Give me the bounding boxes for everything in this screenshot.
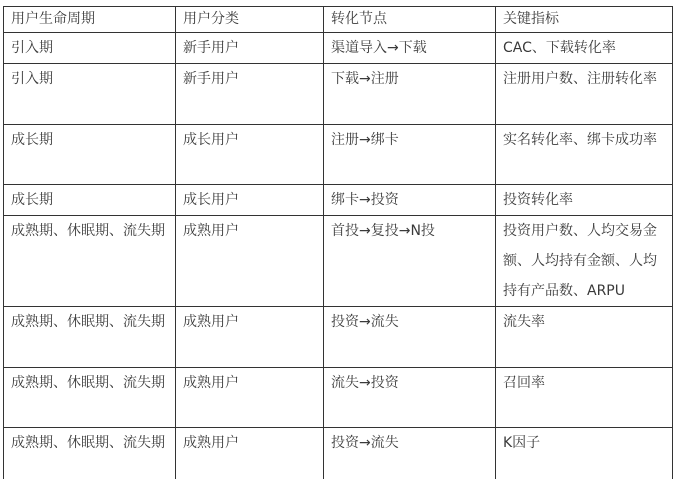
table-row: 成熟期、休眠期、流失期 成熟用户 投资→流失 流失率 [4,307,673,368]
header-cell-conversion-node: 转化节点 [324,7,496,33]
cell-lifecycle: 成熟期、休眠期、流失期 [4,428,176,479]
cell-user-type: 成熟用户 [176,368,324,428]
cell-lifecycle: 成长期 [4,125,176,185]
cell-user-type: 成长用户 [176,125,324,185]
cell-conversion-node: 绑卡→投资 [324,185,496,216]
cell-key-metrics: CAC、下载转化率 [496,33,673,64]
cell-conversion-node: 投资→流失 [324,307,496,368]
cell-key-metrics: K因子 [496,428,673,479]
cell-user-type: 成熟用户 [176,428,324,479]
cell-lifecycle: 引入期 [4,64,176,125]
cell-key-metrics: 投资转化率 [496,185,673,216]
cell-conversion-node: 投资→流失 [324,428,496,479]
cell-user-type: 成熟用户 [176,216,324,307]
cell-conversion-node: 首投→复投→N投 [324,216,496,307]
cell-conversion-node: 注册→绑卡 [324,125,496,185]
cell-key-metrics: 流失率 [496,307,673,368]
table-row: 成长期 成长用户 注册→绑卡 实名转化率、绑卡成功率 [4,125,673,185]
cell-user-type: 新手用户 [176,33,324,64]
cell-lifecycle: 成熟期、休眠期、流失期 [4,216,176,307]
header-cell-user-type: 用户分类 [176,7,324,33]
user-lifecycle-metrics-table: 用户生命周期 用户分类 转化节点 关键指标 引入期 新手用户 渠道导入→下载 C… [3,6,673,479]
table-row: 引入期 新手用户 渠道导入→下载 CAC、下载转化率 [4,33,673,64]
header-cell-key-metrics: 关键指标 [496,7,673,33]
table-row: 成熟期、休眠期、流失期 成熟用户 投资→流失 K因子 [4,428,673,479]
table-row: 引入期 新手用户 下载→注册 注册用户数、注册转化率 [4,64,673,125]
cell-user-type: 成熟用户 [176,307,324,368]
cell-conversion-node: 流失→投资 [324,368,496,428]
cell-lifecycle: 成熟期、休眠期、流失期 [4,307,176,368]
table-header-row: 用户生命周期 用户分类 转化节点 关键指标 [4,7,673,33]
cell-key-metrics: 投资用户数、人均交易金额、人均持有金额、人均持有产品数、ARPU [496,216,673,307]
cell-lifecycle: 引入期 [4,33,176,64]
cell-user-type: 成长用户 [176,185,324,216]
cell-lifecycle: 成熟期、休眠期、流失期 [4,368,176,428]
table-row: 成熟期、休眠期、流失期 成熟用户 流失→投资 召回率 [4,368,673,428]
cell-conversion-node: 渠道导入→下载 [324,33,496,64]
cell-conversion-node: 下载→注册 [324,64,496,125]
cell-key-metrics: 召回率 [496,368,673,428]
table-row: 成长期 成长用户 绑卡→投资 投资转化率 [4,185,673,216]
cell-key-metrics: 注册用户数、注册转化率 [496,64,673,125]
table-row: 成熟期、休眠期、流失期 成熟用户 首投→复投→N投 投资用户数、人均交易金额、人… [4,216,673,307]
cell-lifecycle: 成长期 [4,185,176,216]
cell-key-metrics: 实名转化率、绑卡成功率 [496,125,673,185]
cell-user-type: 新手用户 [176,64,324,125]
header-cell-lifecycle: 用户生命周期 [4,7,176,33]
